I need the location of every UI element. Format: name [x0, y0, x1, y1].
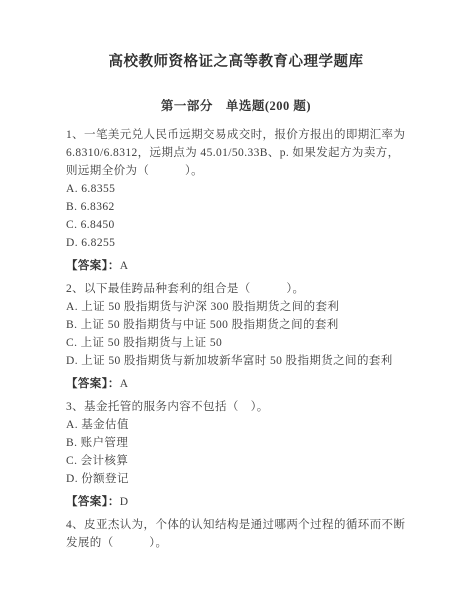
question-2-answer-line: 【答案】：A [66, 375, 406, 393]
document-title: 高校教师资格证之高等教育心理学题库 [66, 52, 406, 72]
question-1-option-a: A. 6.8355 [66, 180, 406, 198]
question-3-answer-value: D [120, 496, 129, 508]
question-1-option-d: D. 6.8255 [66, 234, 406, 252]
answer-label: 【答案】： [66, 496, 120, 508]
question-1-answer-line: 【答案】：A [66, 257, 406, 275]
question-3-option-a: A. 基金估值 [66, 416, 406, 434]
question-4: 4、皮亚杰认为，个体的认知结构是通过哪两个过程的循环而不断发展的（ ）。 [66, 516, 406, 552]
question-1-option-b: B. 6.8362 [66, 198, 406, 216]
question-2-answer-value: A [120, 378, 129, 390]
question-4-stem: 4、皮亚杰认为，个体的认知结构是通过哪两个过程的循环而不断发展的（ ）。 [66, 516, 406, 552]
answer-label: 【答案】： [66, 260, 120, 272]
question-3: 3、基金托管的服务内容不包括（ ）。 A. 基金估值 B. 账户管理 C. 会计… [66, 398, 406, 511]
question-3-option-d: D. 份额登记 [66, 470, 406, 488]
question-2-option-d: D. 上证 50 股指期货与新加坡新华富时 50 股指期货之间的套利 [66, 352, 406, 370]
question-2-option-c: C. 上证 50 股指期货与上证 50 [66, 334, 406, 352]
question-1: 1、一笔美元兑人民币远期交易成交时，报价方报出的即期汇率为6.8310/6.83… [66, 126, 406, 275]
question-1-answer-value: A [120, 260, 129, 272]
question-2-option-b: B. 上证 50 股指期货与中证 500 股指期货之间的套利 [66, 316, 406, 334]
question-3-option-b: B. 账户管理 [66, 434, 406, 452]
question-2-stem: 2、以下最佳跨品种套利的组合是（ ）。 [66, 280, 406, 298]
answer-label: 【答案】： [66, 378, 120, 390]
question-2: 2、以下最佳跨品种套利的组合是（ ）。 A. 上证 50 股指期货与沪深 300… [66, 280, 406, 393]
question-1-stem: 1、一笔美元兑人民币远期交易成交时，报价方报出的即期汇率为6.8310/6.83… [66, 126, 406, 180]
section-heading: 第一部分 单选题(200 题) [66, 98, 406, 114]
question-2-option-a: A. 上证 50 股指期货与沪深 300 股指期货之间的套利 [66, 298, 406, 316]
document-page: 高校教师资格证之高等教育心理学题库 第一部分 单选题(200 题) 1、一笔美元… [0, 0, 463, 600]
question-3-stem: 3、基金托管的服务内容不包括（ ）。 [66, 398, 406, 416]
question-3-answer-line: 【答案】：D [66, 493, 406, 511]
question-1-option-c: C. 6.8450 [66, 216, 406, 234]
question-3-option-c: C. 会计核算 [66, 452, 406, 470]
